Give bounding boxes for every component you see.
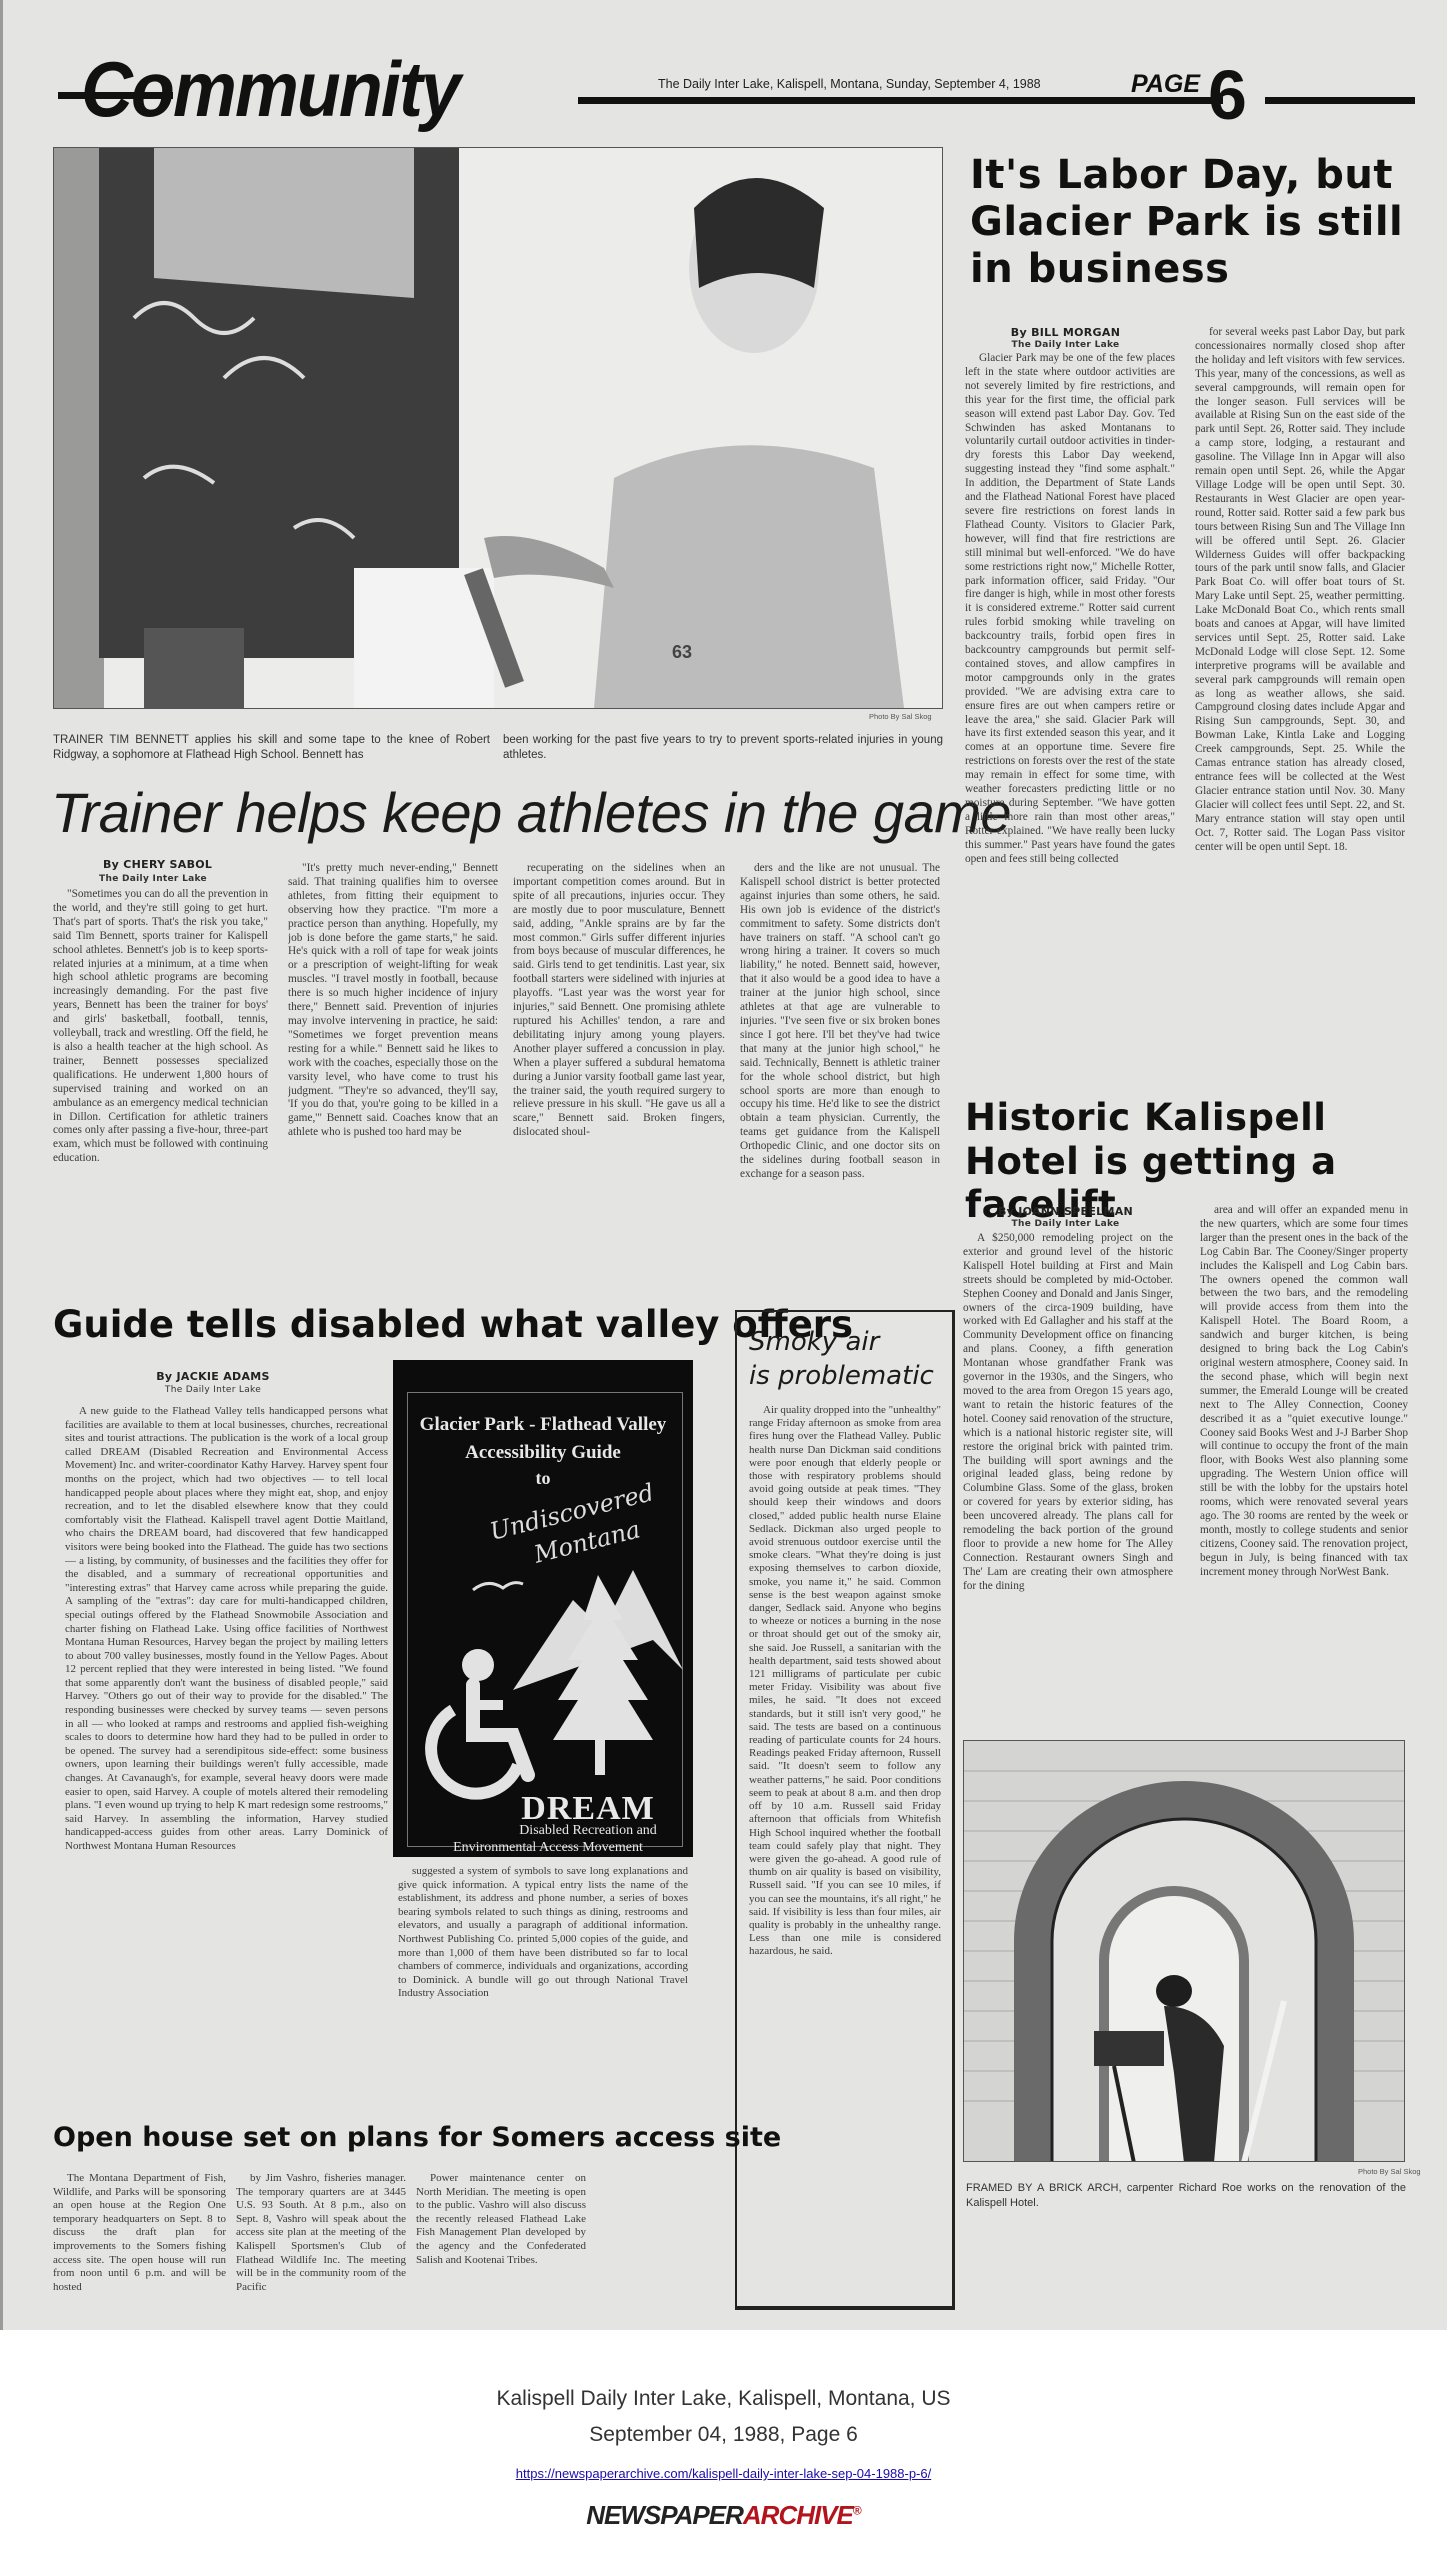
trainer-photo: 63	[53, 147, 943, 709]
trainer-headline: Trainer helps keep athletes in the game	[51, 780, 1011, 845]
hotel-column-1: A $250,000 remodeling project on the ext…	[963, 1232, 1173, 1712]
guide-agency: The Daily Inter Lake	[98, 1385, 328, 1395]
registered-mark: ®	[853, 2503, 861, 2517]
jersey-number: 63	[672, 642, 692, 662]
archive-url-link[interactable]: https://newspaperarchive.com/kalispell-d…	[516, 2466, 931, 2481]
hotel-photo-credit: Photo By Sal Skog	[1358, 2167, 1421, 2176]
smoky-body: Air quality dropped into the "unhealthy"…	[749, 1404, 941, 2299]
smoky-headline-line-1: Smoky air	[749, 1326, 879, 1360]
glacier-column-2: for several weeks past Labor Day, but pa…	[1195, 326, 1405, 1006]
newspaperarchive-logo[interactable]: NEWSPAPERARCHIVE®	[0, 2500, 1447, 2531]
cover-org-line-1: Disabled Recreation and	[493, 1823, 683, 1839]
glacier-column-1: Glacier Park may be one of the few place…	[965, 352, 1175, 1007]
cover-title-line-2: Accessibility Guide	[393, 1442, 693, 1464]
trainer-agency: The Daily Inter Lake	[53, 874, 253, 884]
smoky-headline-line-2: is problematic	[749, 1360, 934, 1394]
hotel-photo-caption: FRAMED BY A BRICK ARCH, carpenter Richar…	[966, 2181, 1406, 2211]
smoky-air-box: Smoky air is problematic Air quality dro…	[735, 1310, 955, 2310]
somers-column-1: The Montana Department of Fish, Wildlife…	[53, 2172, 226, 2312]
logo-part-newspaper: NEWSPAPER	[586, 2500, 743, 2530]
hotel-photo	[963, 1740, 1405, 2162]
wheelchair-tree-icon	[423, 1560, 683, 1800]
somers-column-2: by Jim Vashro, fisheries manager. The te…	[236, 2172, 406, 2312]
footer-link-wrapper: https://newspaperarchive.com/kalispell-d…	[0, 2466, 1447, 2481]
hotel-agency: The Daily Inter Lake	[963, 1219, 1168, 1229]
masthead-rule-right	[1265, 97, 1415, 104]
cover-title-line-1: Glacier Park - Flathead Valley	[393, 1414, 693, 1436]
somers-headline: Open house set on plans for Somers acces…	[53, 2122, 781, 2154]
trainer-photo-credit: Photo By Sal Skog	[869, 712, 932, 721]
glacier-headline: It's Labor Day, but Glacier Park is stil…	[970, 152, 1410, 294]
guide-byline: By JACKIE ADAMS	[98, 1370, 328, 1383]
footer-publication: Kalispell Daily Inter Lake, Kalispell, M…	[0, 2387, 1447, 2411]
trainer-column-2: "It's pretty much never-ending," Bennett…	[288, 862, 498, 1332]
trainer-column-1: "Sometimes you can do all the prevention…	[53, 888, 268, 1348]
masthead-rule-middle	[578, 97, 1223, 104]
brick-arch-illustration	[964, 1741, 1405, 2162]
section-flag: Community	[81, 50, 459, 128]
glacier-agency: The Daily Inter Lake	[963, 340, 1168, 350]
trainer-photo-illustration: 63	[54, 148, 943, 709]
guide-headline: Guide tells disabled what valley offers	[53, 1303, 853, 1347]
glacier-byline: By BILL MORGAN	[963, 326, 1168, 339]
guide-body-left: A new guide to the Flathead Valley tells…	[65, 1405, 388, 2105]
cover-org-line-2: Environmental Access Movement	[413, 1840, 683, 1856]
page-label: PAGE	[1131, 70, 1200, 99]
logo-part-archive: ARCHIVE	[743, 2500, 853, 2530]
trainer-column-4: ders and the like are not unusual. The K…	[740, 862, 940, 1332]
guide-body-right: suggested a system of symbols to save lo…	[398, 1865, 688, 2110]
dateline: The Daily Inter Lake, Kalispell, Montana…	[658, 77, 1041, 91]
trainer-byline: By CHERY SABOL	[53, 858, 263, 871]
trainer-photo-caption-right: been working for the past five years to …	[503, 733, 943, 763]
dream-guide-cover-image: Glacier Park - Flathead Valley Accessibi…	[393, 1360, 693, 1857]
trainer-photo-caption-left: TRAINER TIM BENNETT applies his skill an…	[53, 733, 490, 763]
hotel-column-2: area and will offer an expanded menu in …	[1200, 1204, 1408, 1714]
hotel-byline: By JOANN SPEELMAN	[963, 1205, 1168, 1218]
newspaper-page: Community The Daily Inter Lake, Kalispel…	[0, 0, 1447, 2330]
trainer-column-3: recuperating on the sidelines when an im…	[513, 862, 725, 1332]
page-number: 6	[1208, 60, 1247, 130]
footer-date-page: September 04, 1988, Page 6	[0, 2423, 1447, 2447]
somers-column-3: Power maintenance center on North Meridi…	[416, 2172, 586, 2312]
